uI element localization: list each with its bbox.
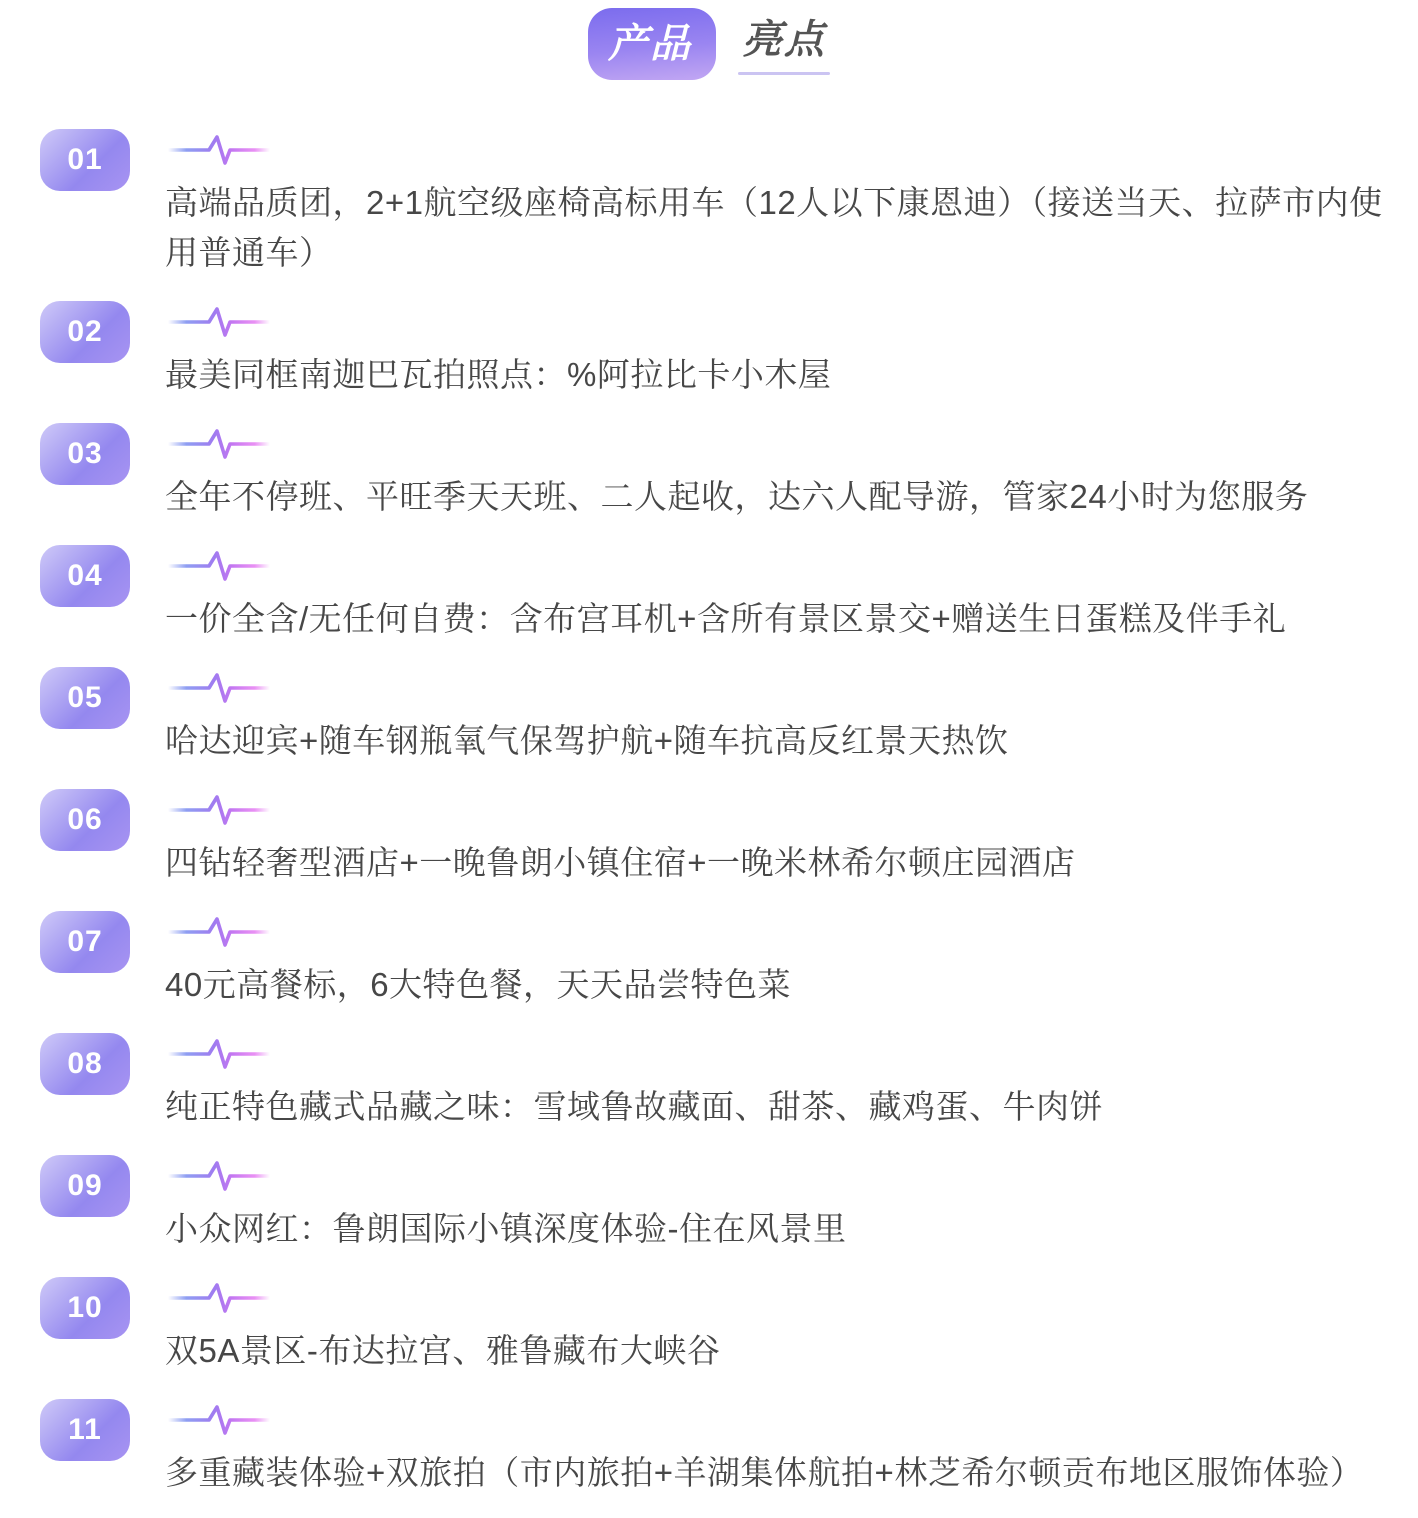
highlight-content: 全年不停班、平旺季天天班、二人起收，达六人配导游，管家24小时为您服务 <box>165 420 1308 522</box>
highlight-text: 一价全含/无任何自费：含布宫耳机+含所有景区景交+赠送生日蛋糕及伴手礼 <box>165 594 1286 644</box>
highlight-content: 双5A景区-布达拉宫、雅鲁藏布大峡谷 <box>165 1274 720 1376</box>
highlight-text: 四钻轻奢型酒店+一晚鲁朗小镇住宿+一晚米林希尔顿庄园酒店 <box>165 838 1076 888</box>
highlight-number: 01 <box>40 129 130 191</box>
highlight-text: 全年不停班、平旺季天天班、二人起收，达六人配导游，管家24小时为您服务 <box>165 472 1308 522</box>
pulse-icon <box>165 548 273 584</box>
pulse-icon <box>165 1036 273 1072</box>
pulse-icon <box>165 426 273 462</box>
highlight-number: 06 <box>40 789 130 851</box>
highlight-content: 最美同框南迦巴瓦拍照点：%阿拉比卡小木屋 <box>165 298 831 400</box>
highlight-text: 纯正特色藏式品藏之味：雪域鲁故藏面、甜茶、藏鸡蛋、牛肉饼 <box>165 1082 1103 1132</box>
highlight-content: 纯正特色藏式品藏之味：雪域鲁故藏面、甜茶、藏鸡蛋、牛肉饼 <box>165 1030 1103 1132</box>
pulse-icon <box>165 792 273 828</box>
pulse-icon <box>165 304 273 340</box>
highlight-number: 08 <box>40 1033 130 1095</box>
highlight-item: 09 小众网红：鲁朗国际小镇深度体验-住在风景里 <box>40 1152 1418 1254</box>
highlight-item: 10 双5A景区-布达拉宫、雅鲁藏布大峡谷 <box>40 1274 1418 1376</box>
highlight-text: 双5A景区-布达拉宫、雅鲁藏布大峡谷 <box>165 1326 720 1376</box>
highlight-number: 02 <box>40 301 130 363</box>
pulse-icon <box>165 1280 273 1316</box>
highlight-content: 哈达迎宾+随车钢瓶氧气保驾护航+随车抗高反红景天热饮 <box>165 664 1009 766</box>
highlight-text: 40元高餐标，6大特色餐，天天品尝特色菜 <box>165 960 791 1010</box>
highlight-item: 05 哈达迎宾+随车钢瓶氧气保驾护航+随车抗高反红景天热饮 <box>40 664 1418 766</box>
highlight-content: 小众网红：鲁朗国际小镇深度体验-住在风景里 <box>165 1152 847 1254</box>
highlight-item: 08 纯正特色藏式品藏之味：雪域鲁故藏面、甜茶、藏鸡蛋、牛肉饼 <box>40 1030 1418 1132</box>
highlight-number: 11 <box>40 1399 130 1461</box>
highlight-content: 多重藏装体验+双旅拍（市内旅拍+羊湖集体航拍+林芝希尔顿贡布地区服饰体验） <box>165 1396 1363 1498</box>
highlight-item: 03 全年不停班、平旺季天天班、二人起收，达六人配导游，管家24小时为您服务 <box>40 420 1418 522</box>
pulse-icon <box>165 914 273 950</box>
highlight-text: 高端品质团，2+1航空级座椅高标用车（12人以下康恩迪）（接送当天、拉萨市内使用… <box>165 178 1400 278</box>
highlight-content: 40元高餐标，6大特色餐，天天品尝特色菜 <box>165 908 791 1010</box>
highlight-item: 04 一价全含/无任何自费：含布宫耳机+含所有景区景交+赠送生日蛋糕及伴手礼 <box>40 542 1418 644</box>
section-title-badge: 产品 <box>588 8 716 80</box>
pulse-icon <box>165 670 273 706</box>
highlight-item: 07 40元高餐标，6大特色餐，天天品尝特色菜 <box>40 908 1418 1010</box>
highlights-list: 01 高端品质团，2+1航空级座椅高标用车（12人以下康恩迪）（接送当天、拉萨市… <box>40 126 1418 1498</box>
highlight-text: 小众网红：鲁朗国际小镇深度体验-住在风景里 <box>165 1204 847 1254</box>
section-header: 产品 亮点 <box>0 0 1418 108</box>
highlight-number: 03 <box>40 423 130 485</box>
pulse-icon <box>165 1402 273 1438</box>
pulse-icon <box>165 132 273 168</box>
highlight-item: 01 高端品质团，2+1航空级座椅高标用车（12人以下康恩迪）（接送当天、拉萨市… <box>40 126 1418 278</box>
highlight-number: 04 <box>40 545 130 607</box>
highlight-content: 高端品质团，2+1航空级座椅高标用车（12人以下康恩迪）（接送当天、拉萨市内使用… <box>165 126 1400 278</box>
highlight-item: 06 四钻轻奢型酒店+一晚鲁朗小镇住宿+一晚米林希尔顿庄园酒店 <box>40 786 1418 888</box>
section-title-wrap: 亮点 <box>738 8 830 75</box>
highlight-number: 09 <box>40 1155 130 1217</box>
highlight-number: 05 <box>40 667 130 729</box>
highlight-item: 02 最美同框南迦巴瓦拍照点：%阿拉比卡小木屋 <box>40 298 1418 400</box>
highlight-text: 多重藏装体验+双旅拍（市内旅拍+羊湖集体航拍+林芝希尔顿贡布地区服饰体验） <box>165 1448 1363 1498</box>
highlight-text: 最美同框南迦巴瓦拍照点：%阿拉比卡小木屋 <box>165 350 831 400</box>
highlight-item: 11 多重藏装体验+双旅拍（市内旅拍+羊湖集体航拍+林芝希尔顿贡布地区服饰体验） <box>40 1396 1418 1498</box>
highlight-number: 07 <box>40 911 130 973</box>
title-underline <box>738 72 830 75</box>
highlight-number: 10 <box>40 1277 130 1339</box>
highlight-content: 一价全含/无任何自费：含布宫耳机+含所有景区景交+赠送生日蛋糕及伴手礼 <box>165 542 1286 644</box>
highlight-text: 哈达迎宾+随车钢瓶氧气保驾护航+随车抗高反红景天热饮 <box>165 716 1009 766</box>
section-title-text: 亮点 <box>742 20 826 60</box>
highlight-content: 四钻轻奢型酒店+一晚鲁朗小镇住宿+一晚米林希尔顿庄园酒店 <box>165 786 1076 888</box>
pulse-icon <box>165 1158 273 1194</box>
